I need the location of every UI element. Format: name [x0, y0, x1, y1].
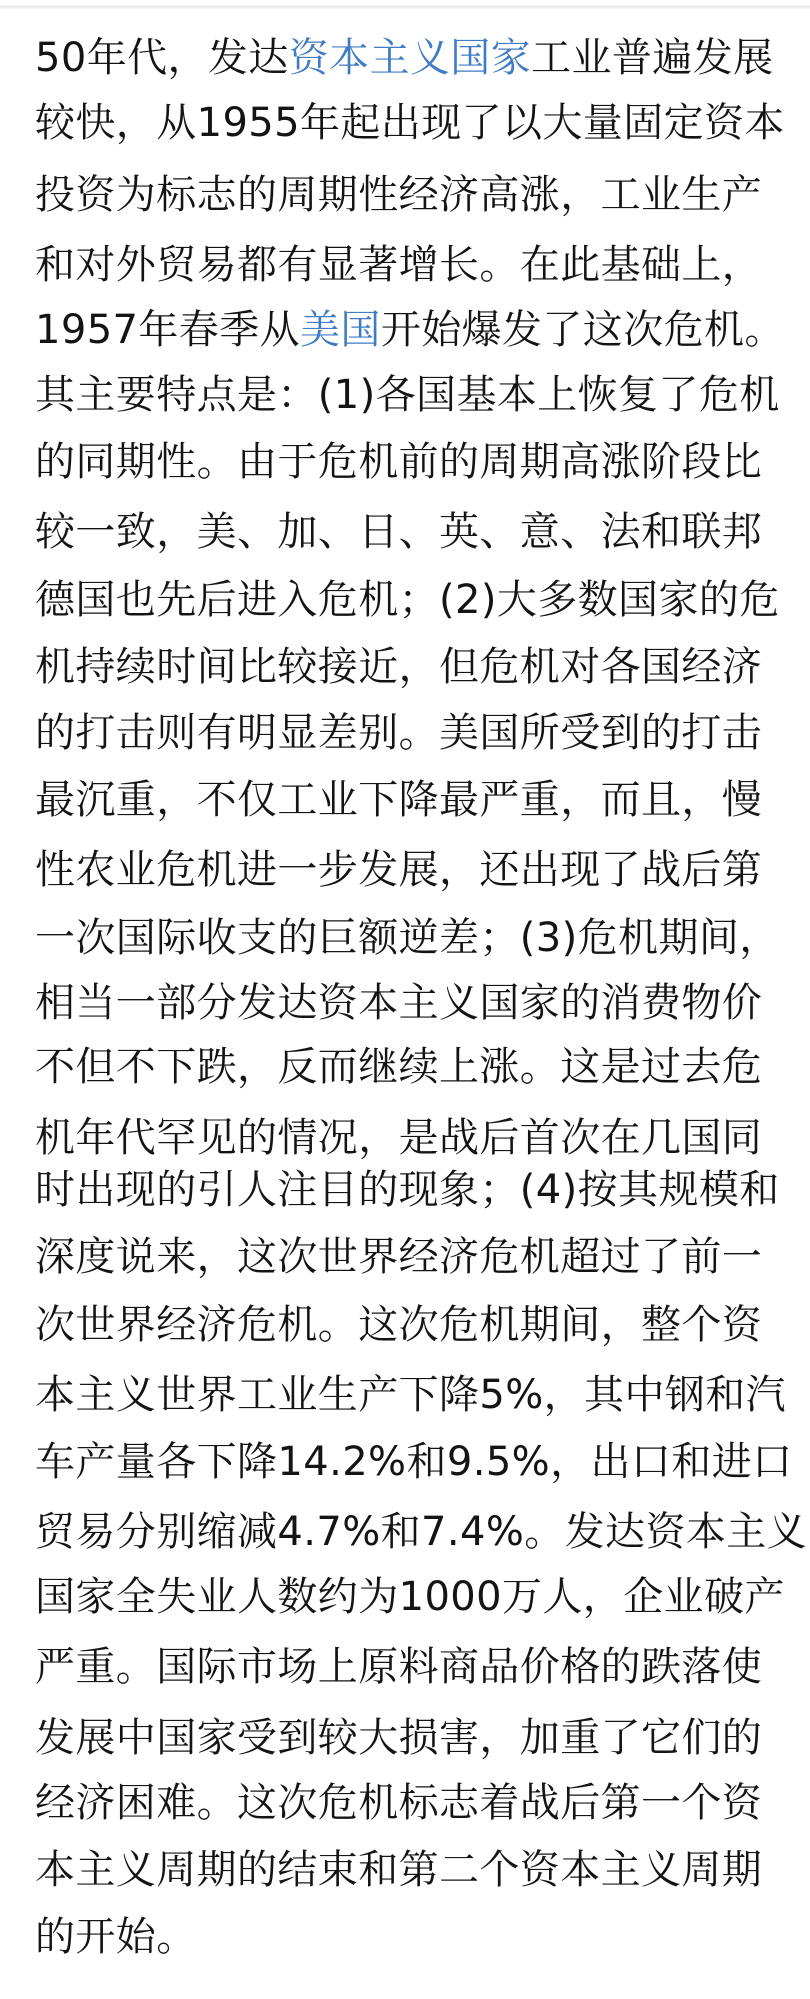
- paragraph-line: 贸易分别缩减4.7%和7.4%。发达资本主义: [35, 1507, 780, 1557]
- text-segment: 工业普遍发展: [531, 35, 773, 81]
- text-segment: 的打击则有明显差别。美国所受到的打击: [35, 710, 762, 756]
- text-segment: 投资为标志的周期性经济高涨，工业生产: [35, 172, 762, 218]
- text-segment: 和对外贸易都有显著增长。在此基础上，: [35, 242, 762, 288]
- text-segment: 时出现的引人注目的现象；(4)按其规模和: [35, 1167, 780, 1213]
- paragraph-line: 较一致，美、加、日、英、意、法和联邦: [35, 507, 780, 557]
- paragraph-line: 一次国际收支的巨额逆差；(3)危机期间，: [35, 913, 780, 963]
- paragraph-line: 次世界经济危机。这次危机期间，整个资: [35, 1300, 780, 1350]
- text-segment: 的同期性。由于危机前的周期高涨阶段比: [35, 439, 762, 485]
- text-segment: 性农业危机进一步发展，还出现了战后第: [35, 847, 762, 893]
- text-segment: 车产量各下降14.2%和9.5%，出口和进口: [35, 1439, 793, 1485]
- text-segment: 50年代，发达: [35, 35, 289, 81]
- paragraph-line: 最沉重，不仅工业下降最严重，而且，慢: [35, 775, 780, 825]
- text-segment: 不但不下跌，反而继续上涨。这是过去危: [35, 1044, 762, 1090]
- paragraph-line: 的开始。: [35, 1912, 780, 1962]
- text-segment: 相当一部分发达资本主义国家的消费物价: [35, 980, 762, 1026]
- paragraph-line: 机年代罕见的情况，是战后首次在几国同: [35, 1113, 780, 1163]
- paragraph-line: 经济困难。这次危机标志着战后第一个资: [35, 1778, 780, 1828]
- text-segment: 贸易分别缩减4.7%和7.4%。发达资本主义: [35, 1509, 807, 1555]
- text-segment: 经济困难。这次危机标志着战后第一个资: [35, 1780, 762, 1826]
- paragraph-line: 深度说来，这次世界经济危机超过了前一: [35, 1232, 780, 1282]
- paragraph-line: 本主义周期的结束和第二个资本主义周期: [35, 1845, 780, 1895]
- paragraph-line: 发展中国家受到较大损害，加重了它们的: [35, 1713, 780, 1763]
- text-segment: 严重。国际市场上原料商品价格的跌落使: [35, 1644, 762, 1690]
- paragraph-line: 投资为标志的周期性经济高涨，工业生产: [35, 170, 780, 220]
- text-segment: 机年代罕见的情况，是战后首次在几国同: [35, 1115, 762, 1161]
- paragraph-line: 的同期性。由于危机前的周期高涨阶段比: [35, 437, 780, 487]
- paragraph-line: 本主义世界工业生产下降5%，其中钢和汽: [35, 1370, 780, 1420]
- paragraph-line: 的打击则有明显差别。美国所受到的打击: [35, 708, 780, 758]
- text-segment: 国家全失业人数约为1000万人，企业破产: [35, 1574, 785, 1620]
- text-segment: 德国也先后进入危机；(2)大多数国家的危: [35, 577, 780, 623]
- text-segment: 深度说来，这次世界经济危机超过了前一: [35, 1234, 762, 1280]
- hyperlink[interactable]: 资本主义国家: [289, 35, 531, 81]
- text-segment: 发展中国家受到较大损害，加重了它们的: [35, 1715, 762, 1761]
- paragraph-line: 其主要特点是：(1)各国基本上恢复了危机: [35, 370, 780, 420]
- paragraph-line: 50年代，发达资本主义国家工业普遍发展: [35, 33, 780, 83]
- paragraph-line: 国家全失业人数约为1000万人，企业破产: [35, 1572, 780, 1622]
- text-segment: 1957年春季从: [35, 307, 300, 353]
- text-segment: 开始爆发了这次危机。: [381, 307, 785, 353]
- hyperlink[interactable]: 美国: [300, 307, 381, 353]
- paragraph-line: 较快，从1955年起出现了以大量固定资本: [35, 98, 780, 148]
- paragraph-line: 车产量各下降14.2%和9.5%，出口和进口: [35, 1437, 780, 1487]
- text-segment: 机持续时间比较接近，但危机对各国经济: [35, 644, 762, 690]
- paragraph-line: 和对外贸易都有显著增长。在此基础上，: [35, 240, 780, 290]
- paragraph-line: 严重。国际市场上原料商品价格的跌落使: [35, 1642, 780, 1692]
- article-body: 50年代，发达资本主义国家工业普遍发展较快，从1955年起出现了以大量固定资本投…: [0, 0, 810, 1999]
- text-segment: 本主义世界工业生产下降5%，其中钢和汽: [35, 1372, 786, 1418]
- text-segment: 最沉重，不仅工业下降最严重，而且，慢: [35, 777, 762, 823]
- text-segment: 的开始。: [35, 1914, 197, 1960]
- paragraph-line: 性农业危机进一步发展，还出现了战后第: [35, 845, 780, 895]
- text-segment: 较一致，美、加、日、英、意、法和联邦: [35, 509, 762, 555]
- paragraph-line: 机持续时间比较接近，但危机对各国经济: [35, 642, 780, 692]
- paragraph-line: 不但不下跌，反而继续上涨。这是过去危: [35, 1042, 780, 1092]
- paragraph-line: 1957年春季从美国开始爆发了这次危机。: [35, 305, 780, 355]
- text-segment: 一次国际收支的巨额逆差；(3)危机期间，: [35, 915, 780, 961]
- text-segment: 本主义周期的结束和第二个资本主义周期: [35, 1847, 762, 1893]
- paragraph-line: 时出现的引人注目的现象；(4)按其规模和: [35, 1165, 780, 1215]
- paragraph-line: 德国也先后进入危机；(2)大多数国家的危: [35, 575, 780, 625]
- text-segment: 次世界经济危机。这次危机期间，整个资: [35, 1302, 762, 1348]
- text-segment: 其主要特点是：(1)各国基本上恢复了危机: [35, 372, 780, 418]
- text-segment: 较快，从1955年起出现了以大量固定资本: [35, 100, 785, 146]
- paragraph-line: 相当一部分发达资本主义国家的消费物价: [35, 978, 780, 1028]
